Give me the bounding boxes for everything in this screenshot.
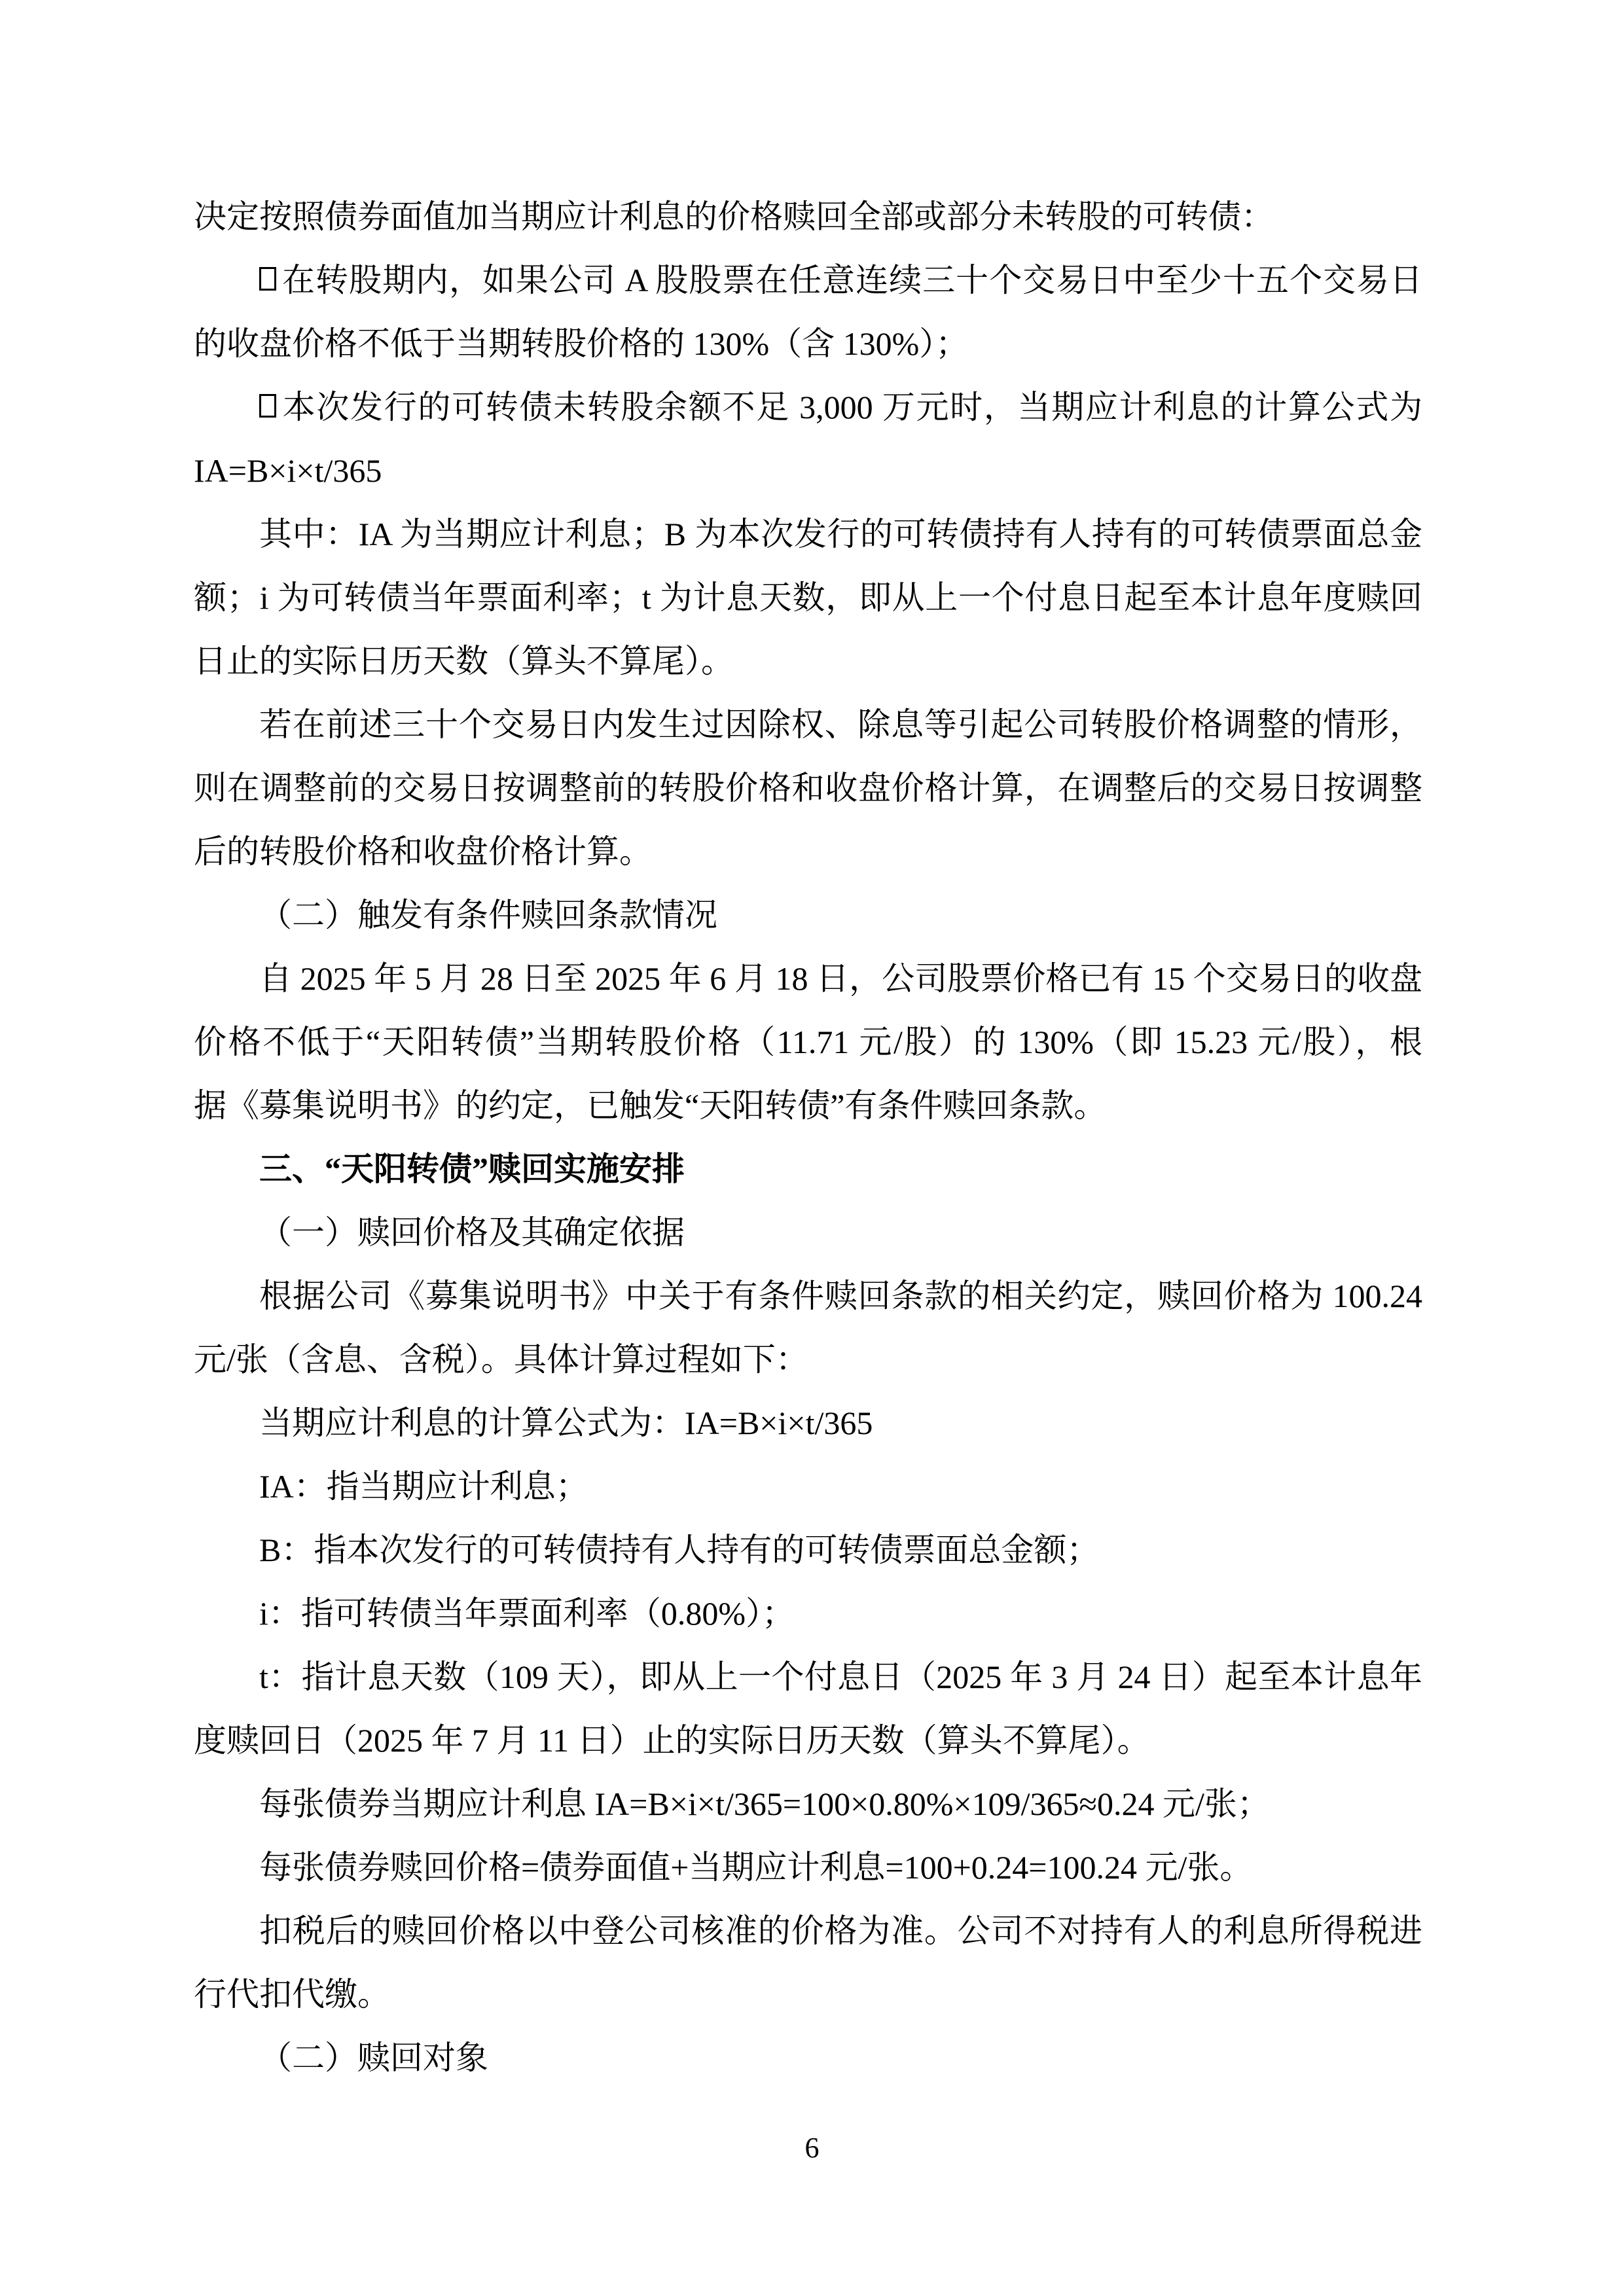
formula-line: 当期应计利息的计算公式为：IA=B×i×t/365 [194,1391,1422,1455]
para-continuation-line: 日止的实际日历天数（算头不算尾）。 [194,630,1422,693]
document-page: 决定按照债券面值加当期应计利息的价格赎回全部或部分未转股的可转债： 在转股期内，… [0,0,1624,2296]
bullet-paragraph-line: 本次发行的可转债未转股余额不足 3,000 万元时，当期应计利息的计算公式为 [194,376,1422,439]
definition-line: B：指本次发行的可转债持有人持有的可转债票面总金额； [194,1518,1422,1582]
line-text: 本次发行的可转债未转股余额不足 3,000 万元时，当期应计利息的计算公式为 [281,389,1422,425]
formula-line: IA=B×i×t/365 [194,439,1422,503]
bullet-paragraph-line: 在转股期内，如果公司 A 股股票在任意连续三十个交易日中至少十五个交易日 [194,249,1422,312]
subsection-heading: （一）赎回价格及其确定依据 [194,1201,1422,1265]
para-first-line: 扣税后的赎回价格以中登公司核准的价格为准。公司不对持有人的利息所得税进 [194,1899,1422,1963]
para-first-line: 其中：IA 为当期应计利息；B 为本次发行的可转债持有人持有的可转债票面总金 [194,503,1422,566]
document-body: 决定按照债券面值加当期应计利息的价格赎回全部或部分未转股的可转债： 在转股期内，… [194,185,1422,2090]
para-continuation-line: 则在调整前的交易日按调整前的转股价格和收盘价格计算，在调整后的交易日按调整 [194,757,1422,820]
subsection-heading: （二）赎回对象 [194,2026,1422,2090]
para-continuation-line: 额；i 为可转债当年票面利率；t 为计息天数，即从上一个付息日起至本计息年度赎回 [194,566,1422,630]
missing-glyph-box-icon [259,394,276,418]
para-first-line: 若在前述三十个交易日内发生过因除权、除息等引起公司转股价格调整的情形， [194,693,1422,757]
missing-glyph-box-icon [259,267,276,291]
section-heading: 三、“天阳转债”赎回实施安排 [194,1138,1422,1201]
para-continuation-line: 据《募集说明书》的约定，已触发“天阳转债”有条件赎回条款。 [194,1074,1422,1138]
definition-line: i：指可转债当年票面利率（0.80%）； [194,1582,1422,1645]
definition-line: IA：指当期应计利息； [194,1455,1422,1518]
para-continuation-line: 决定按照债券面值加当期应计利息的价格赎回全部或部分未转股的可转债： [194,185,1422,249]
para-first-line: 自 2025 年 5 月 28 日至 2025 年 6 月 18 日，公司股票价… [194,947,1422,1011]
formula-line: 每张债券赎回价格=债券面值+当期应计利息=100+0.24=100.24 元/张… [194,1836,1422,1899]
para-continuation-line: 行代扣代缴。 [194,1963,1422,2026]
para-continuation-line: 后的转股价格和收盘价格计算。 [194,820,1422,884]
line-text: 在转股期内，如果公司 A 股股票在任意连续三十个交易日中至少十五个交易日 [281,262,1422,298]
formula-line: 每张债券当期应计利息 IA=B×i×t/365=100×0.80%×109/36… [194,1772,1422,1836]
para-continuation-line: 度赎回日（2025 年 7 月 11 日）止的实际日历天数（算头不算尾）。 [194,1709,1422,1772]
page-number: 6 [0,2128,1624,2168]
para-continuation-line: 价格不低于“天阳转债”当期转股价格（11.71 元/股）的 130%（即 15.… [194,1011,1422,1074]
subsection-heading: （二）触发有条件赎回条款情况 [194,884,1422,947]
para-first-line: t：指计息天数（109 天），即从上一个付息日（2025 年 3 月 24 日）… [194,1645,1422,1709]
para-continuation-line: 元/张（含息、含税）。具体计算过程如下： [194,1328,1422,1391]
para-first-line: 根据公司《募集说明书》中关于有条件赎回条款的相关约定，赎回价格为 100.24 [194,1265,1422,1328]
para-continuation-line: 的收盘价格不低于当期转股价格的 130%（含 130%）； [194,312,1422,376]
